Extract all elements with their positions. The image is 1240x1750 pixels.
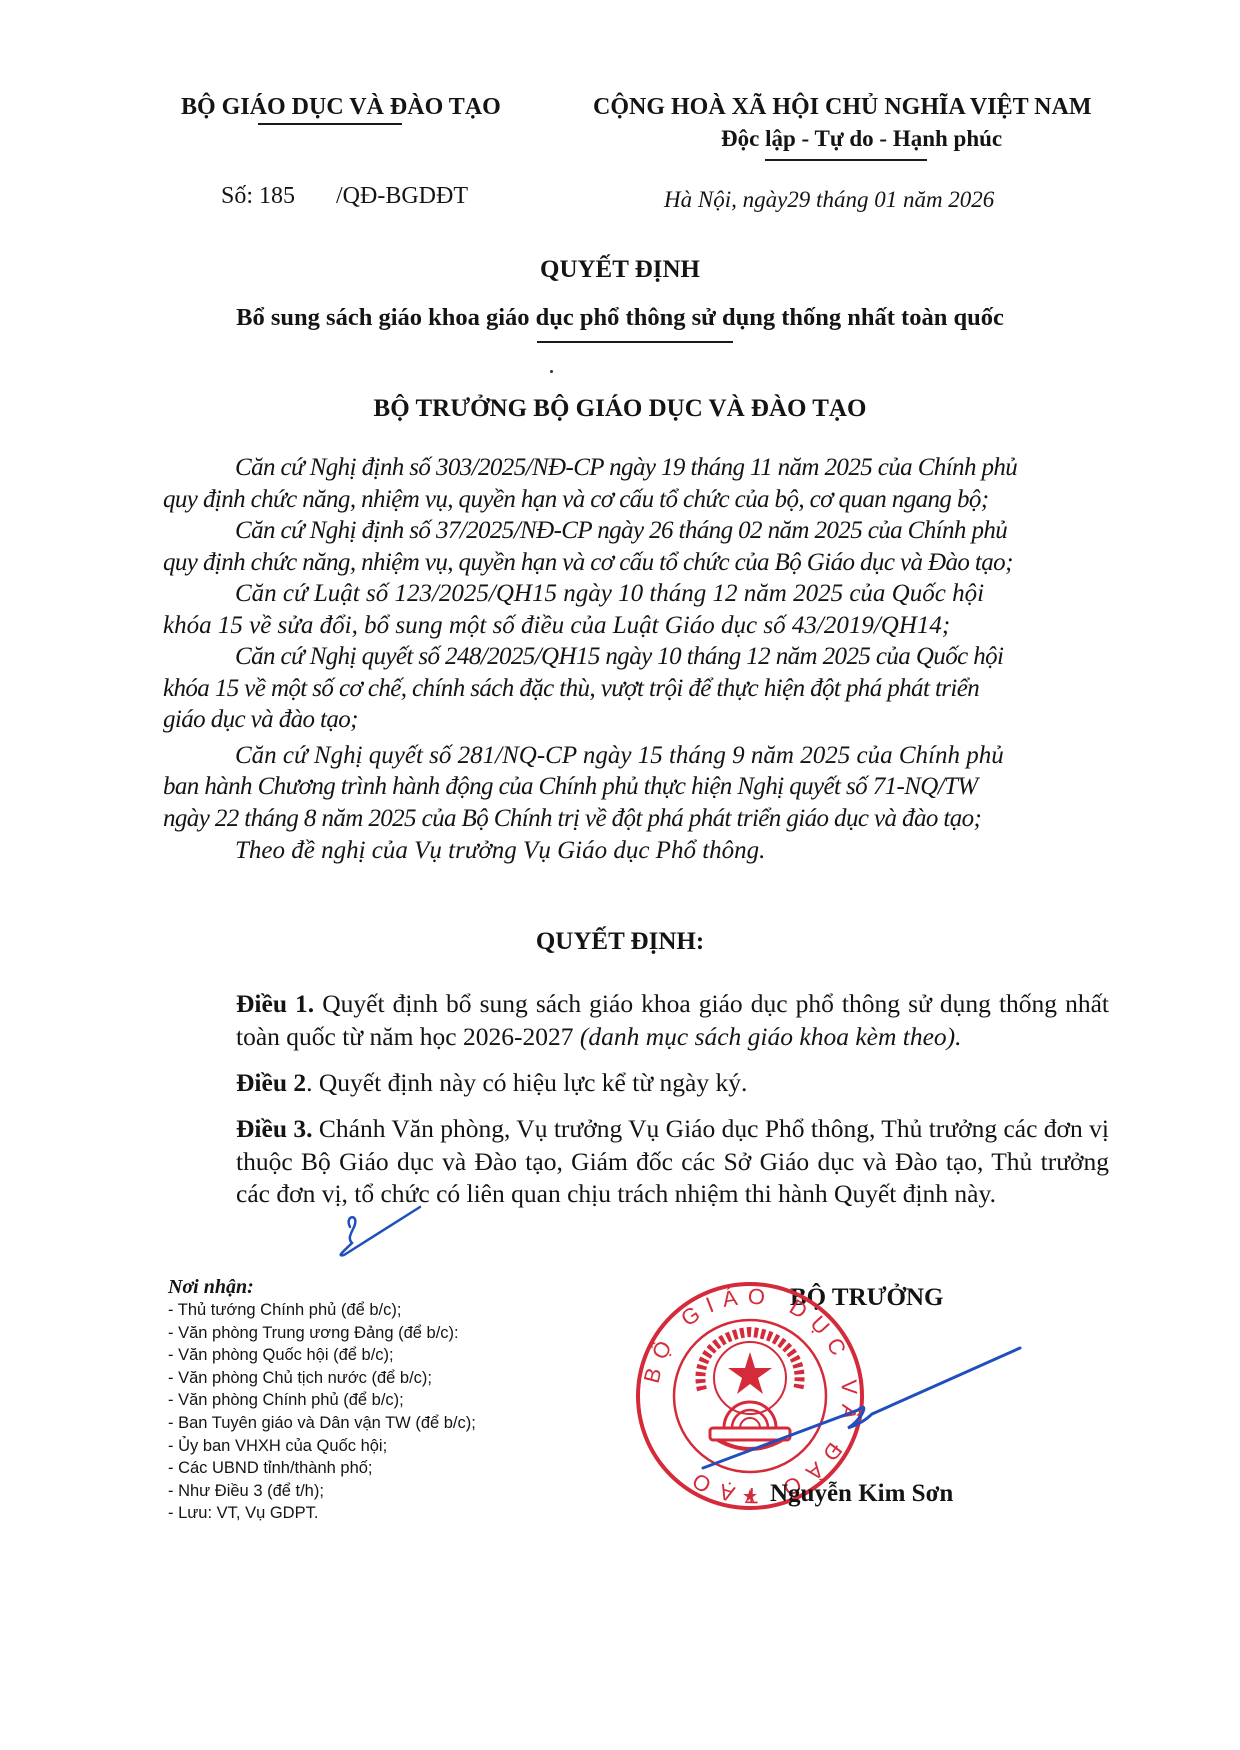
article-2: Điều 2. Quyết định này có hiệu lực kể từ… [163, 1067, 1109, 1100]
legal-basis-6-line-1: Theo đề nghị của Vụ trưởng Vụ Giáo dục P… [163, 835, 1109, 867]
agency-underline [258, 123, 402, 125]
legal-basis-2-line-2: quy định chức năng, nhiệm vụ, quyền hạn … [163, 547, 1109, 579]
legal-basis-1-line-2: quy định chức năng, nhiệm vụ, quyền hạn … [163, 484, 1109, 516]
legal-basis-2-line-1: Căn cứ Nghị định số 37/2025/NĐ-CP ngày 2… [163, 515, 1109, 547]
stray-dot [550, 370, 553, 373]
document-title: QUYẾT ĐỊNH [0, 256, 1240, 284]
document-subject: Bổ sung sách giáo khoa giáo dục phổ thôn… [0, 304, 1240, 332]
recipient-item: - Văn phòng Quốc hội (để b/c); [168, 1344, 476, 1367]
recipient-item: - Các UBND tỉnh/thành phố; [168, 1457, 476, 1480]
recipient-item: - Ban Tuyên giáo và Dân vận TW (để b/c); [168, 1412, 476, 1435]
legal-basis-3-line-2: khóa 15 về sửa đổi, bổ sung một số điều … [163, 610, 1109, 642]
article-3-text: Chánh Văn phòng, Vụ trưởng Vụ Giáo dục P… [236, 1114, 1109, 1208]
place-date: Hà Nội, ngày29 tháng 01 năm 2026 [664, 187, 994, 213]
legal-basis-4-line-1: Căn cứ Nghị quyết số 248/2025/QH15 ngày … [163, 641, 1109, 673]
signer-name: Nguyễn Kim Sơn [770, 1480, 953, 1508]
article-3: Điều 3. Chánh Văn phòng, Vụ trưởng Vụ Gi… [163, 1113, 1109, 1211]
decision-heading: QUYẾT ĐỊNH: [0, 928, 1240, 956]
legal-basis-3-line-1: Căn cứ Luật số 123/2025/QH15 ngày 10 thá… [163, 578, 1109, 610]
recipient-item: - Văn phòng Trung ương Đảng (để b/c): [168, 1322, 476, 1345]
article-1: Điều 1. Quyết định bổ sung sách giáo kho… [163, 988, 1109, 1053]
signature-stroke [700, 1320, 1030, 1480]
recipient-item: - Như Điều 3 (để t/h); [168, 1480, 476, 1503]
country-name: CỘNG HOÀ XÃ HỘI CHỦ NGHĨA VIỆT NAM [593, 94, 1092, 121]
legal-basis-4-line-2: khóa 15 về một số cơ chế, chính sách đặc… [163, 673, 1109, 705]
document-number: Số: 185 [221, 183, 295, 210]
article-1-note: (danh mục sách giáo khoa kèm theo). [580, 1022, 962, 1051]
legal-basis-4-line-3: giáo dục và đào tạo; [163, 704, 1109, 736]
agency-name: BỘ GIÁO DỤC VÀ ĐÀO TẠO [181, 94, 501, 121]
recipient-item: - Văn phòng Chính phủ (để b/c); [168, 1389, 476, 1412]
article-2-text: . Quyết định này có hiệu lực kể từ ngày … [306, 1068, 747, 1097]
article-3-label: Điều 3. [236, 1114, 313, 1143]
legal-basis-1-line-1: Căn cứ Nghị định số 303/2025/NĐ-CP ngày … [163, 452, 1109, 484]
subject-underline [537, 341, 733, 343]
recipients-block: Nơi nhận: - Thủ tướng Chính phủ (để b/c)… [168, 1275, 476, 1525]
article-2-label: Điều 2 [236, 1068, 306, 1097]
article-1-label: Điều 1. [236, 989, 314, 1018]
recipient-item: - Ủy ban VHXH của Quốc hội; [168, 1435, 476, 1458]
national-motto: Độc lập - Tự do - Hạnh phúc [721, 126, 1002, 152]
recipient-item: - Thủ tướng Chính phủ (để b/c); [168, 1299, 476, 1322]
recipient-item: - Văn phòng Chủ tịch nước (để b/c); [168, 1367, 476, 1390]
initial-mark [330, 1205, 430, 1260]
legal-bases: Căn cứ Nghị định số 303/2025/NĐ-CP ngày … [163, 452, 1109, 867]
recipients-title: Nơi nhận: [168, 1275, 476, 1299]
legal-basis-5-line-3: ngày 22 tháng 8 năm 2025 của Bộ Chính tr… [163, 803, 1109, 835]
svg-text:★: ★ [742, 1486, 758, 1506]
document-code: /QĐ-BGDĐT [336, 183, 468, 210]
legal-basis-5-line-1: Căn cứ Nghị quyết số 281/NQ-CP ngày 15 t… [163, 740, 1109, 772]
motto-underline [765, 159, 927, 161]
legal-basis-5-line-2: ban hành Chương trình hành động của Chín… [163, 771, 1109, 803]
authority-title: BỘ TRƯỞNG BỘ GIÁO DỤC VÀ ĐÀO TẠO [0, 395, 1240, 423]
recipient-item: - Lưu: VT, Vụ GDPT. [168, 1502, 476, 1525]
